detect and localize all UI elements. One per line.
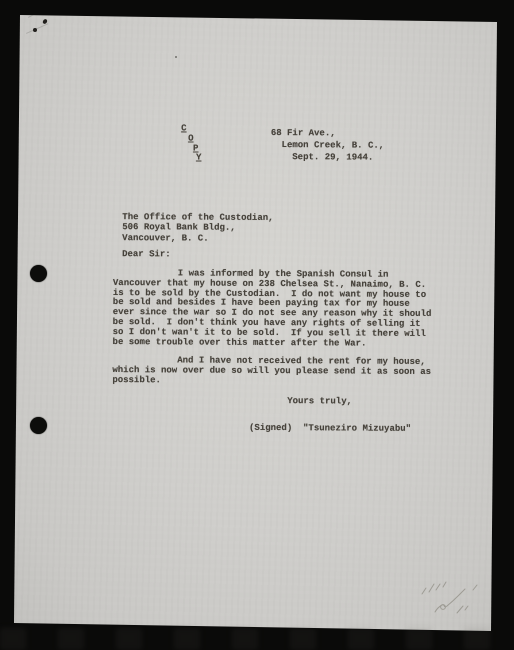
sender-address-date-block: 68 Fir Ave., Lemon Creek, B. C., Sept. 2…	[271, 127, 385, 164]
copy-letter-c: C	[180, 124, 188, 134]
recipient-address-block: The Office of the Custodian, 506 Royal B…	[122, 212, 273, 244]
signature-line: (Signed) "Tsuneziro Mizuyabu"	[249, 424, 411, 435]
letter-page: C O P Y 68 Fir Ave., Lemon Creek, B. C.,…	[0, 0, 514, 650]
copy-mark: C O P Y	[2, 0, 514, 2]
handwritten-annotation	[413, 566, 493, 624]
scanned-letter: C O P Y 68 Fir Ave., Lemon Creek, B. C.,…	[0, 0, 514, 650]
letter-content: C O P Y 68 Fir Ave., Lemon Creek, B. C.,…	[0, 0, 514, 650]
copy-letter-y: Y	[195, 154, 203, 164]
salutation: Dear Sir:	[122, 250, 171, 260]
closing: Yours truly,	[287, 397, 352, 407]
body-paragraph-1: I was informed by the Spanish Consul in …	[113, 269, 432, 349]
body-paragraph-2: And I have not received the rent for my …	[112, 356, 431, 387]
